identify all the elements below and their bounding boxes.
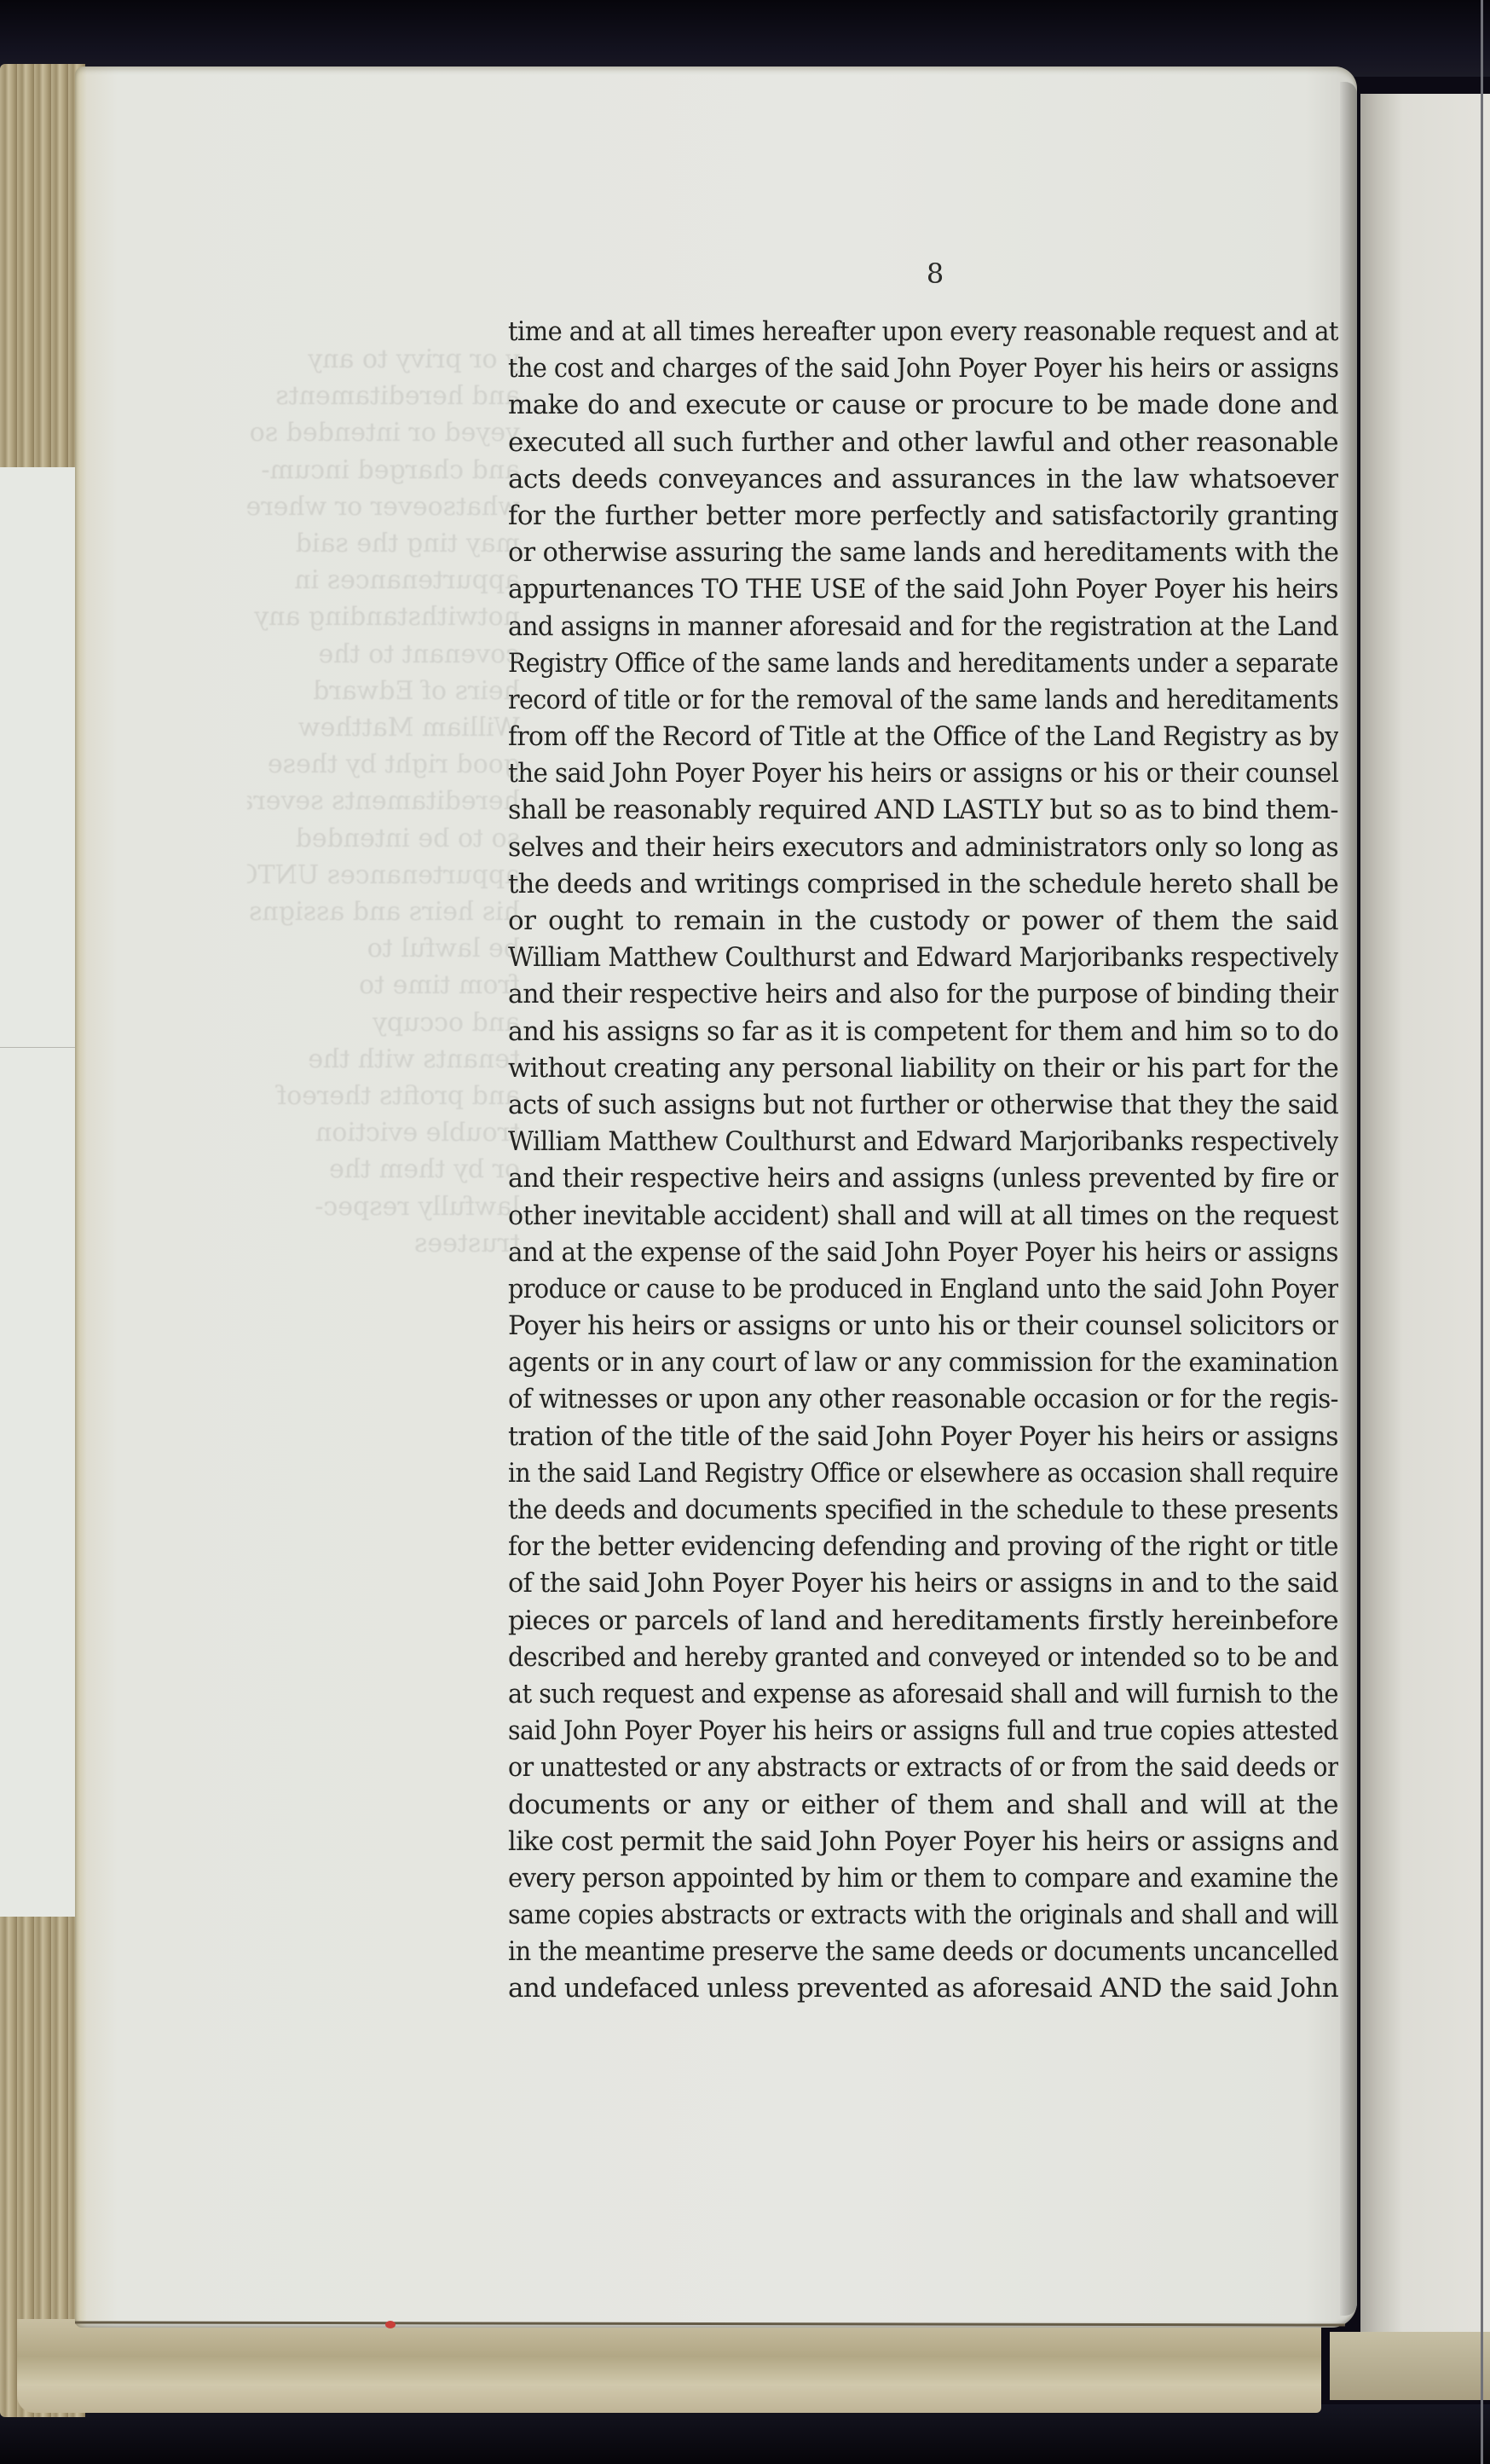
bleed-through-line: William Matthew bbox=[247, 709, 520, 746]
text-line: and their respective heirs and also for … bbox=[508, 976, 1338, 1013]
bleed-through-line: appurtenances UNTO bbox=[247, 857, 520, 894]
text-line: the cost and charges of the said John Po… bbox=[508, 350, 1338, 387]
text-line: documents or any or either of them and s… bbox=[508, 1787, 1338, 1824]
bleed-through-line: and occupy bbox=[247, 1004, 520, 1041]
text-line: in the meantime preserve the same deeds … bbox=[508, 1934, 1338, 1970]
text-line: shall be reasonably required AND LASTLY … bbox=[508, 792, 1338, 829]
text-line: produce or cause to be produced in Engla… bbox=[508, 1271, 1338, 1308]
page-curl-right bbox=[1340, 82, 1357, 2316]
text-line: time and at all times hereafter upon eve… bbox=[508, 314, 1338, 350]
bleed-through-line: hereditaments severally bbox=[247, 783, 520, 819]
glass-plate-edge bbox=[1481, 0, 1483, 2464]
bleed-through-line: notwithstanding any bbox=[247, 599, 520, 635]
text-line: executed all such further and other lawf… bbox=[508, 425, 1338, 461]
text-line: selves and their heirs executors and adm… bbox=[508, 830, 1338, 866]
page-stack-edges-bottom bbox=[17, 2319, 1321, 2413]
slip-fold-line bbox=[0, 1047, 78, 1048]
bleed-through-line: so to be intended bbox=[247, 820, 520, 857]
text-line: same copies abstracts or extracts with t… bbox=[508, 1897, 1338, 1934]
bleed-through-line: and hereditaments bbox=[247, 378, 520, 414]
text-line: like cost permit the said John Poyer Poy… bbox=[508, 1824, 1338, 1860]
text-line: William Matthew Coulthurst and Edward Ma… bbox=[508, 1124, 1338, 1160]
text-line: of the said John Poyer Poyer his heirs o… bbox=[508, 1565, 1338, 1602]
bleed-through-line: y or privy to any bbox=[247, 341, 520, 378]
text-line: of witnesses or upon any other reasonabl… bbox=[508, 1381, 1338, 1418]
text-line: for the further better more perfectly an… bbox=[508, 498, 1338, 535]
bleed-through-line: trouble eviction bbox=[247, 1114, 520, 1151]
bleed-through-line: and profits thereof bbox=[247, 1078, 520, 1114]
text-line: described and hereby granted and conveye… bbox=[508, 1640, 1338, 1676]
bleed-through-line: his heirs and assigns bbox=[247, 894, 520, 930]
text-line: acts of such assigns but not further or … bbox=[508, 1087, 1338, 1124]
facing-page-bottom-edge bbox=[1330, 2332, 1490, 2400]
text-line: and assigns in manner aforesaid and for … bbox=[508, 609, 1338, 645]
text-line: appurtenances TO THE USE of the said Joh… bbox=[508, 571, 1338, 608]
inserted-paper-slip bbox=[0, 467, 80, 1917]
text-line: or unattested or any abstracts or extrac… bbox=[508, 1750, 1338, 1786]
text-line: make do and execute or cause or procure … bbox=[508, 387, 1338, 424]
text-line: and their respective heirs and assigns (… bbox=[508, 1160, 1338, 1197]
page-number: 8 bbox=[925, 257, 945, 290]
text-line: the deeds and writings comprised in the … bbox=[508, 866, 1338, 903]
red-wax-mark bbox=[385, 2321, 396, 2328]
text-line: and undefaced unless prevented as afores… bbox=[508, 1970, 1338, 2007]
bleed-through-line: veyed or intended so bbox=[247, 414, 520, 451]
facing-page-edge bbox=[1360, 94, 1490, 2396]
bleed-through-line: whatsoever or whereby bbox=[247, 489, 520, 525]
bleed-through-line: covenant to the bbox=[247, 636, 520, 673]
text-line: in the said Land Registry Office or else… bbox=[508, 1455, 1338, 1492]
text-line: without creating any personal liability … bbox=[508, 1050, 1338, 1087]
bleed-through-line: tenants with the bbox=[247, 1041, 520, 1078]
text-line: pieces or parcels of land and hereditame… bbox=[508, 1603, 1338, 1640]
bleed-through-line: from time to bbox=[247, 967, 520, 1004]
bleed-through-text: y or privy to anyand hereditamentsveyed … bbox=[247, 341, 520, 1262]
bleed-through-line: good right by these bbox=[247, 746, 520, 783]
book-cover-top bbox=[0, 0, 1490, 77]
text-line: every person appointed by him or them to… bbox=[508, 1860, 1338, 1897]
text-line: and his assigns so far as it is competen… bbox=[508, 1014, 1338, 1050]
book-cover-bottom bbox=[0, 2404, 1490, 2464]
bleed-through-line: may ting the said bbox=[247, 525, 520, 562]
bleed-through-line: lawfully respec- bbox=[247, 1189, 520, 1225]
text-line: or otherwise assuring the same lands and… bbox=[508, 535, 1338, 571]
text-line: said John Poyer Poyer his heirs or assig… bbox=[508, 1713, 1338, 1750]
text-line: and at the expense of the said John Poye… bbox=[508, 1235, 1338, 1271]
text-line: record of title or for the removal of th… bbox=[508, 682, 1338, 719]
text-line: Registry Office of the same lands and he… bbox=[508, 645, 1338, 682]
text-line: tration of the title of the said John Po… bbox=[508, 1419, 1338, 1455]
bleed-through-line: and charged incum- bbox=[247, 452, 520, 489]
text-line: agents or in any court of law or any com… bbox=[508, 1345, 1338, 1381]
text-line: at such request and expense as aforesaid… bbox=[508, 1676, 1338, 1713]
bleed-through-line: be lawful to bbox=[247, 930, 520, 967]
text-line: William Matthew Coulthurst and Edward Ma… bbox=[508, 940, 1338, 976]
text-line: the said John Poyer Poyer his heirs or a… bbox=[508, 755, 1338, 792]
bleed-through-line: trustees bbox=[247, 1225, 520, 1262]
bleed-through-line: heirs of Edward bbox=[247, 673, 520, 709]
text-line: Poyer his heirs or assigns or unto his o… bbox=[508, 1308, 1338, 1345]
text-line: or ought to remain in the custody or pow… bbox=[508, 903, 1338, 940]
text-line: other inevitable accident) shall and wil… bbox=[508, 1198, 1338, 1235]
text-line: acts deeds conveyances and assurances in… bbox=[508, 461, 1338, 498]
text-line: from off the Record of Title at the Offi… bbox=[508, 719, 1338, 755]
text-line: the deeds and documents specified in the… bbox=[508, 1492, 1338, 1529]
bleed-through-line: or by them the bbox=[247, 1151, 520, 1188]
body-text: time and at all times hereafter upon eve… bbox=[508, 314, 1338, 2008]
text-line: for the better evidencing defending and … bbox=[508, 1529, 1338, 1565]
bleed-through-line: appurtenances in bbox=[247, 562, 520, 599]
